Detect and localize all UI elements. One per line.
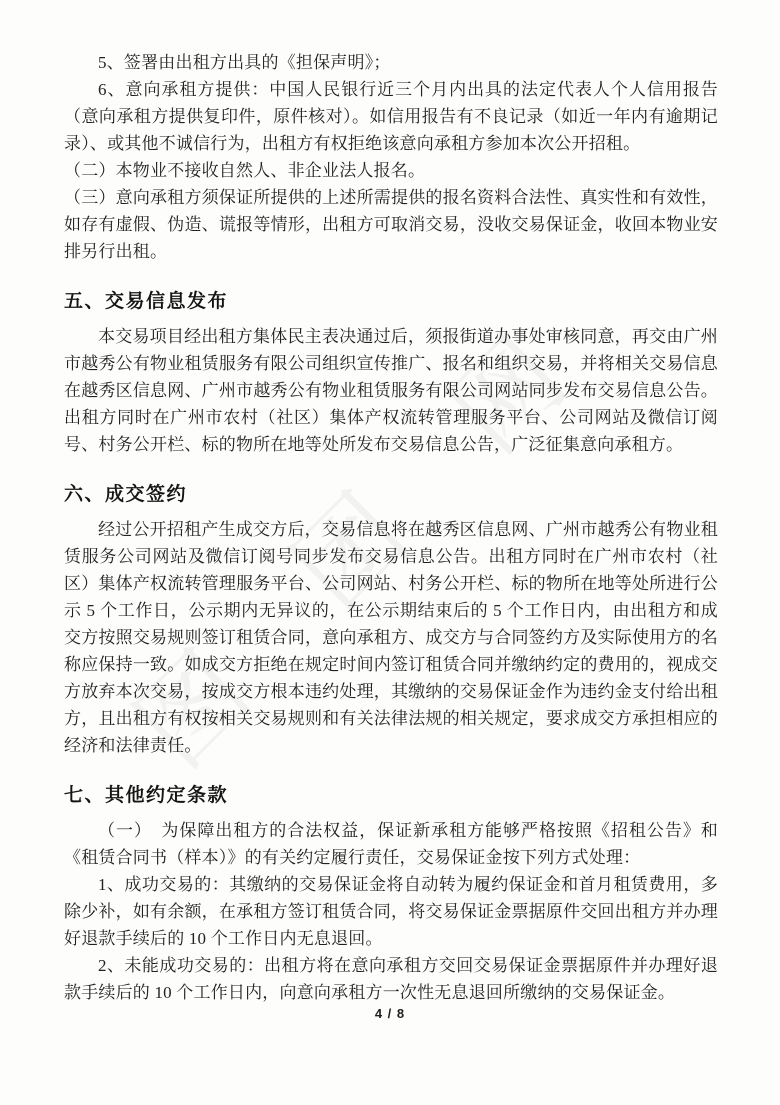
section-7-paragraph-clause-1: （一） 为保障出租方的合法权益，保证新承租方能够严格按照《招租公告》和《租赁合同…: [64, 817, 718, 871]
section-heading-5-info-release: 五、交易信息发布: [64, 287, 718, 317]
page-number: 4 / 8: [0, 1006, 780, 1021]
section-7-paragraph-failed-deal: 2、未能成功交易的：出租方将在意向承租方交回交易保证金票据原件并办理好退款手续后…: [64, 952, 718, 1006]
section-heading-7-other-terms: 七、其他约定条款: [64, 781, 718, 811]
document-content: 5、签署由出租方出具的《担保声明》； 6、意向承租方提供：中国人民银行近三个月内…: [64, 49, 718, 1006]
section-6-paragraph: 经过公开招租产生成交方后，交易信息将在越秀区信息网、广州市越秀公有物业租赁服务公…: [64, 516, 718, 759]
section-heading-6-deal-signing: 六、成交签约: [64, 480, 718, 510]
intro-paragraph-item-6: 6、意向承租方提供：中国人民银行近三个月内出具的法定代表人个人信用报告（意向承租…: [64, 76, 718, 157]
intro-paragraph-item-5: 5、签署由出租方出具的《担保声明》；: [64, 49, 718, 76]
document-page: 图 团 网 5、签署由出租方出具的《担保声明》； 6、意向承租方提供：中国人民银…: [0, 0, 780, 1105]
section-7-paragraph-success-deal: 1、成功交易的：其缴纳的交易保证金将自动转为履约保证金和首月租赁费用，多除少补，…: [64, 871, 718, 952]
section-5-paragraph: 本交易项目经出租方集体民主表决通过后，须报街道办事处审核同意，再交由广州市越秀公…: [64, 323, 718, 458]
intro-paragraph-clause-3: （三）意向承租方须保证所提供的上述所需提供的报名资料合法性、真实性和有效性，如存…: [64, 184, 718, 265]
intro-paragraph-clause-2: （二）本物业不接收自然人、非企业法人报名。: [64, 157, 718, 184]
